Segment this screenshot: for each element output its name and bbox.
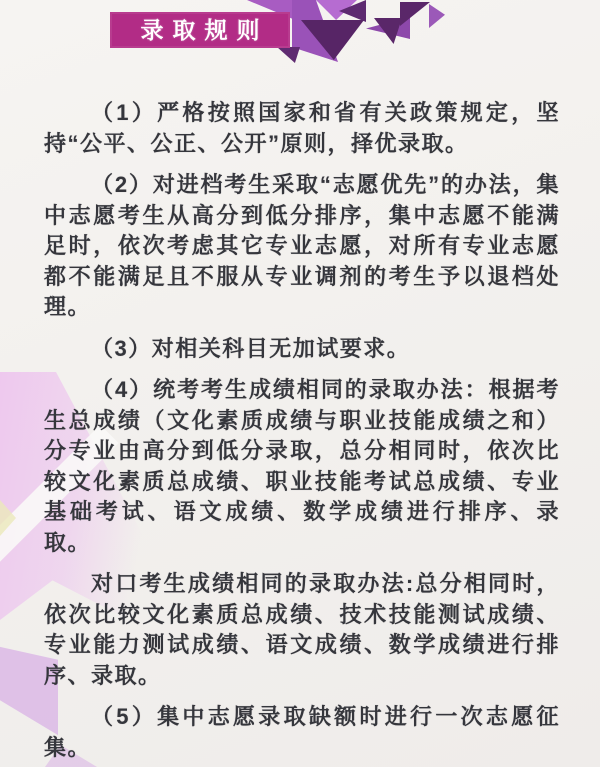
- rules-paragraph-2: （2）对进档考生采取“志愿优先”的办法，集中志愿考生从高分到低分排序，集中志愿不…: [44, 170, 560, 323]
- deco-triangle-medium-right: [429, 4, 445, 28]
- banner-title: 录取规则: [132, 19, 269, 42]
- admission-rules-banner: 录取规则: [110, 12, 290, 48]
- rules-paragraph-5: 对口考生成绩相同的录取办法:总分相同时，依次比较文化素质总成绩、技术技能测试成绩…: [44, 569, 560, 691]
- rules-paragraph-1: （1）严格按照国家和省有关政策规定，坚持“公平、公正、公开”原则，择优录取。: [44, 98, 560, 159]
- rules-content: （1）严格按照国家和省有关政策规定，坚持“公平、公正、公开”原则，择优录取。 （…: [44, 98, 560, 767]
- page-background: 录取规则 （1）严格按照国家和省有关政策规定，坚持“公平、公正、公开”原则，择优…: [0, 0, 600, 767]
- rules-paragraph-3: （3）对相关科目无加试要求。: [44, 334, 560, 365]
- rules-paragraph-6: （5）集中志愿录取缺额时进行一次志愿征集。: [44, 702, 560, 763]
- deco-banner-fold: [277, 47, 300, 63]
- deco-triangle-dark-corner: [400, 2, 430, 26]
- rules-paragraph-4: （4）统考考生成绩相同的录取办法：根据考生总成绩（文化素质成绩与职业技能成绩之和…: [44, 375, 560, 558]
